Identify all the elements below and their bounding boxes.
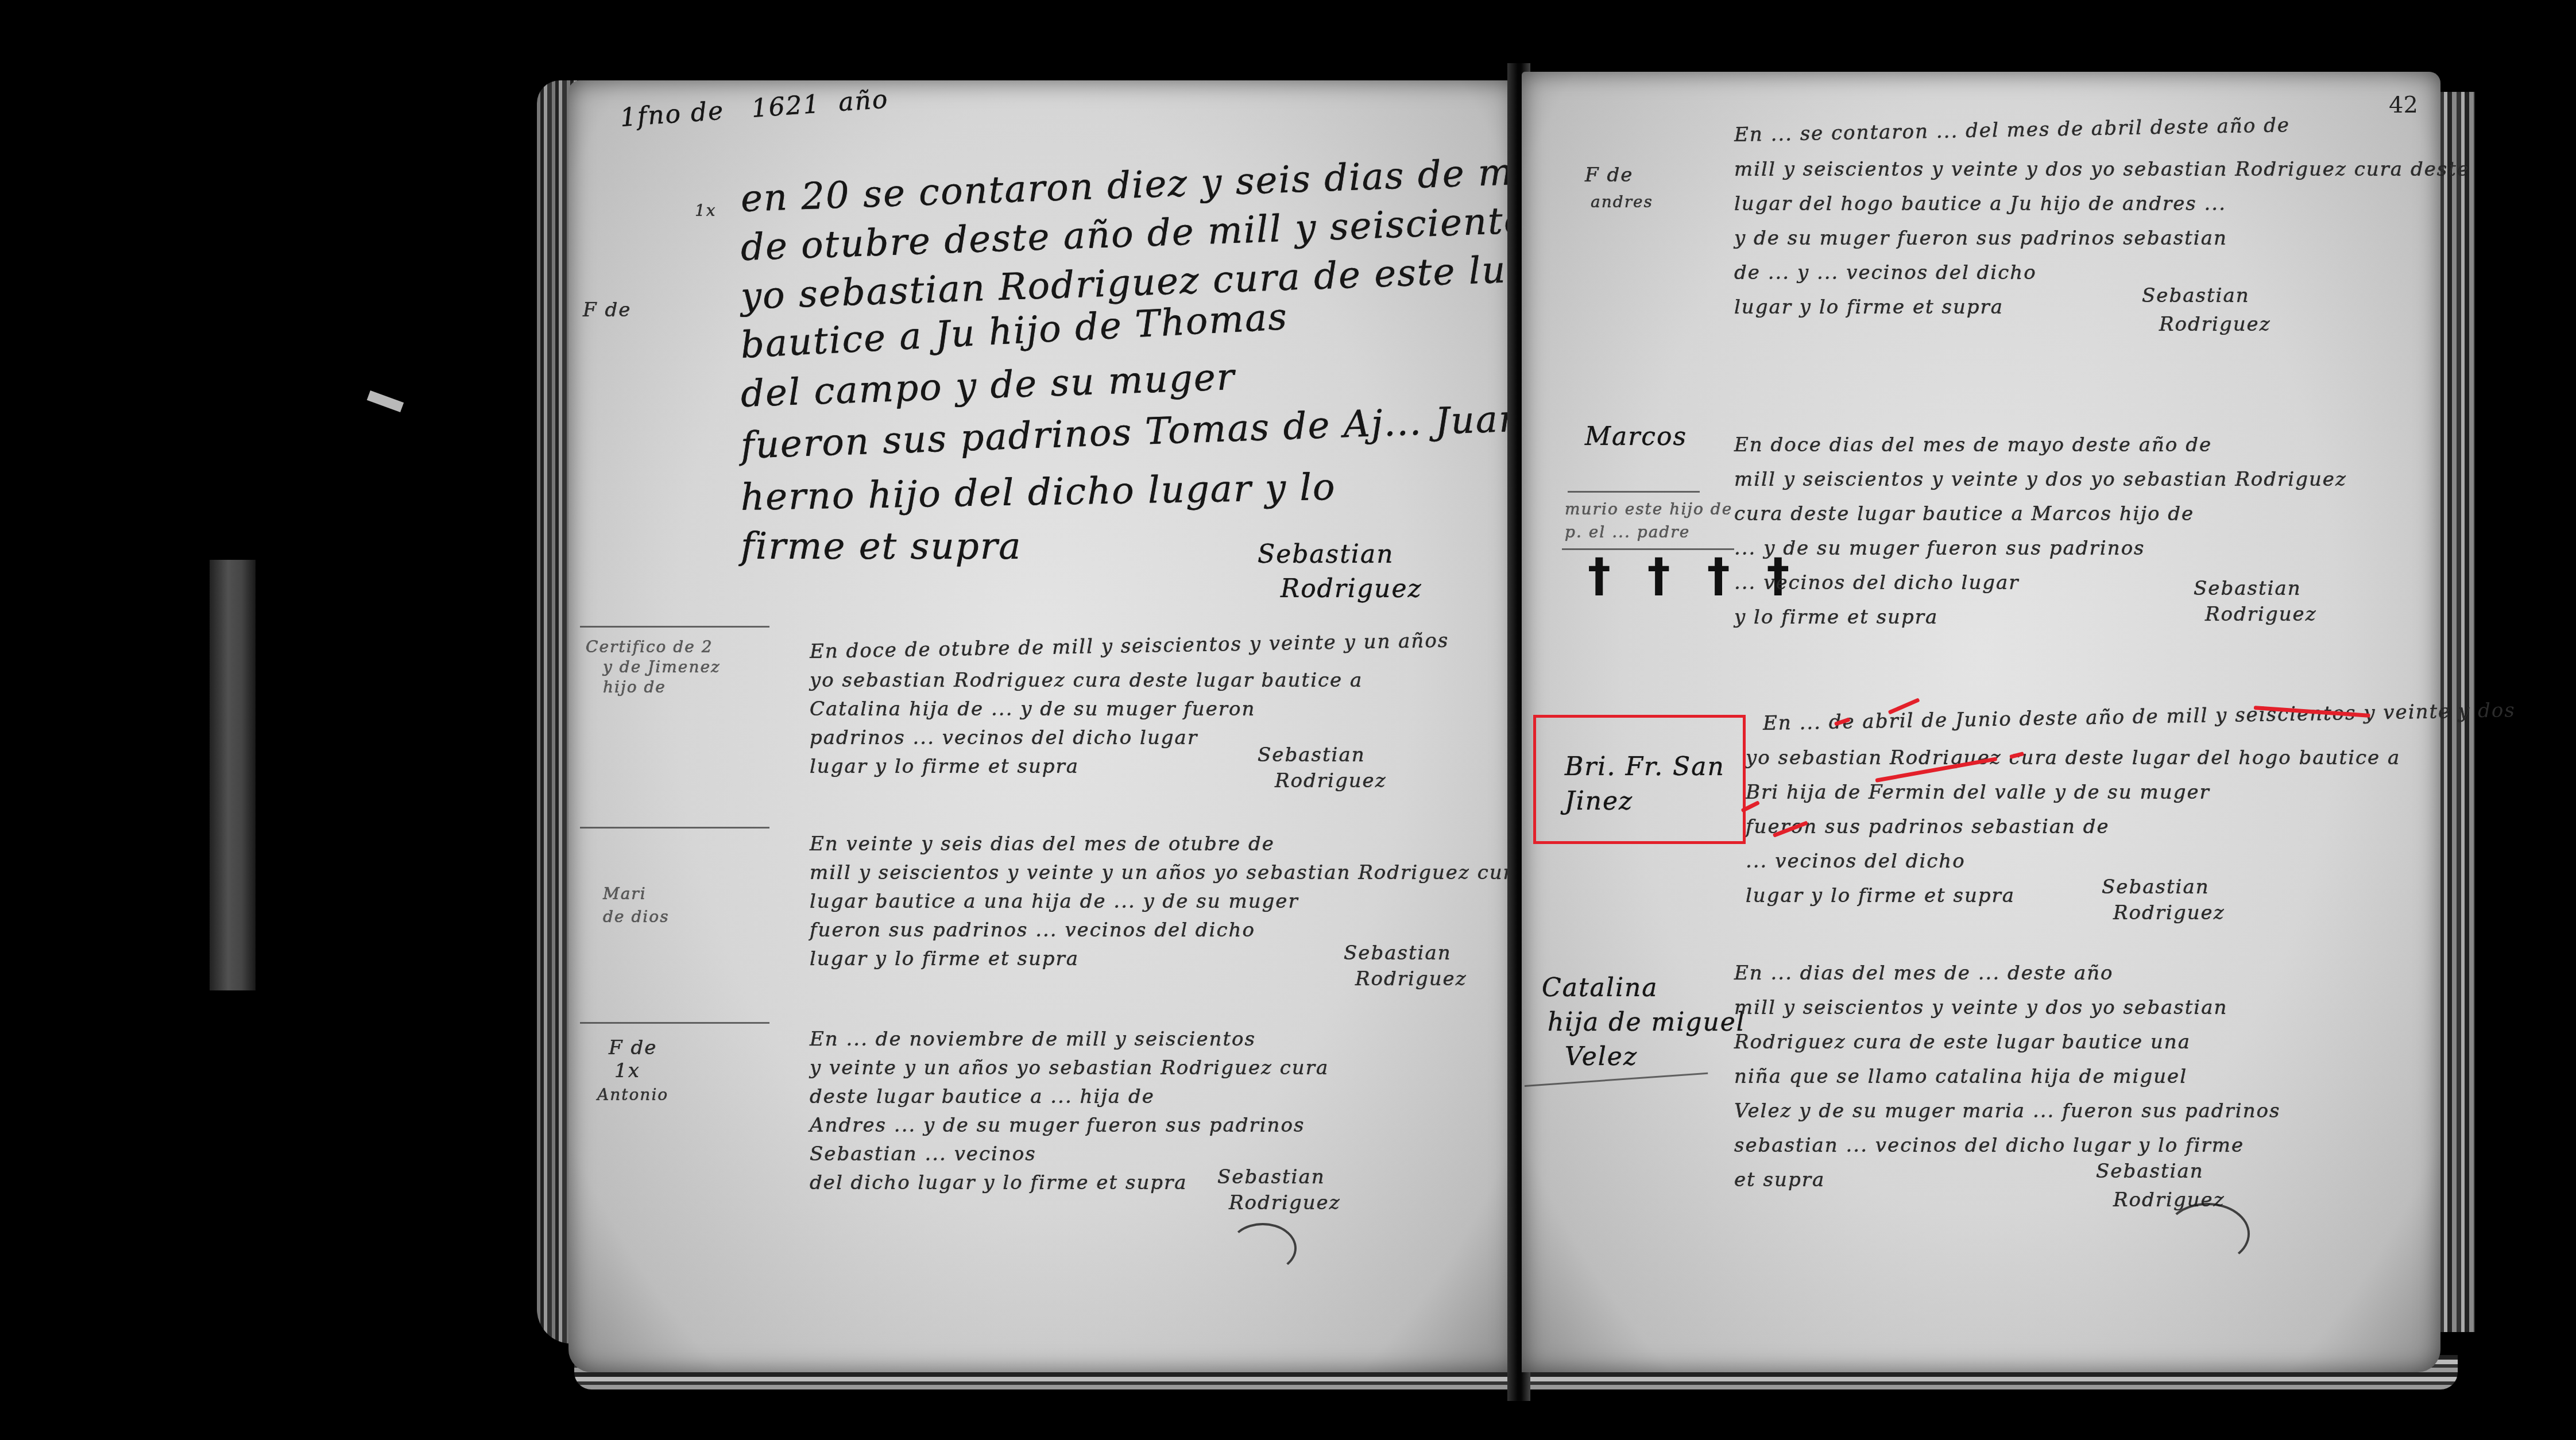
signature: Sebastian: [1258, 540, 1394, 569]
entry-line: En doce dias del mes de mayo deste año d…: [1734, 433, 2212, 456]
entry-line: y veinte y un años yo sebastian Rodrigue…: [810, 1056, 1329, 1079]
entry-line: En veinte y seis dias del mes de otubre …: [810, 833, 1275, 856]
rule: [1568, 491, 1700, 493]
entry-line: firme et supra: [741, 525, 1022, 568]
header-word: 1fno de: [619, 96, 725, 133]
entry-line: En doce de otubre de mill y seiscientos …: [810, 629, 1449, 663]
entry-line: mill y seiscientos y veinte y dos yo seb…: [1734, 158, 2470, 181]
margin-note: Mari: [603, 884, 647, 903]
margin-note: F de: [1585, 164, 1633, 187]
flourish: [1229, 1223, 1297, 1273]
margin-note: Certifico de 2: [586, 637, 713, 656]
signature: Rodriguez: [1281, 574, 1422, 603]
highlight-box: [1533, 715, 1746, 844]
entry-line: yo sebastian Rodriguez cura deste lugar …: [810, 669, 1363, 692]
entry-line: Bri hija de Fermin del valle y de su mug…: [1746, 781, 2210, 804]
entry-line: y lo firme et supra: [1734, 606, 1938, 629]
entry-line: deste lugar bautice a ... hija de: [810, 1085, 1155, 1108]
entry-line: padrinos ... vecinos del dicho lugar: [810, 726, 1198, 749]
entry-line: En ... de abril de Junio deste año de mi…: [1763, 699, 2516, 735]
entry-line: niña que se llamo catalina hija de migue…: [1734, 1065, 2187, 1088]
signature: Sebastian: [2142, 284, 2250, 307]
signature: Sebastian: [2096, 1160, 2204, 1183]
entry-line: ... vecinos del dicho lugar: [1734, 571, 2020, 594]
rule: [1525, 1073, 1708, 1087]
signature: Sebastian: [2102, 876, 2210, 899]
entry-line: herno hijo del dicho lugar y lo: [740, 466, 1336, 519]
entry-line: lugar y lo firme et supra: [810, 755, 1079, 778]
margin-note: Velez: [1565, 1042, 1638, 1071]
rule: [580, 1022, 769, 1024]
entry-line: mill y seiscientos y veinte y un años yo…: [810, 861, 1593, 884]
cloth-strip: [210, 560, 256, 990]
entry-line: ... y de su muger fueron sus padrinos: [1734, 537, 2145, 560]
flourish: [2165, 1203, 2250, 1265]
entry-line: lugar y lo firme et supra: [1734, 296, 2003, 319]
margin-note: 1x: [614, 1059, 640, 1082]
margin-note: Catalina: [1542, 973, 1658, 1002]
entry-line: Andres ... y de su muger fueron sus padr…: [810, 1114, 1305, 1137]
entry-line: sebastian ... vecinos del dicho lugar y …: [1734, 1134, 2244, 1157]
entry-line: ... vecinos del dicho: [1746, 850, 1966, 873]
margin-note: F de: [583, 299, 631, 322]
margin-note: 1x: [695, 201, 717, 220]
entry-line: lugar bautice a una hija de ... y de su …: [810, 890, 1299, 913]
entry-line: del campo y de su muger: [740, 356, 1236, 416]
entry-line: Rodriguez cura de este lugar bautice una: [1734, 1031, 2191, 1054]
entry-line: mill y seiscientos y veinte y dos yo seb…: [1734, 468, 2347, 491]
entry-line: cura deste lugar bautice a Marcos hijo d…: [1734, 502, 2194, 525]
signature: Sebastian: [2194, 577, 2302, 600]
signature: Rodriguez: [1229, 1191, 1341, 1214]
entry-line: Velez y de su muger maria ... fueron sus…: [1734, 1100, 2281, 1122]
margin-note: de dios: [603, 907, 670, 926]
rule: [580, 827, 769, 829]
margin-note: p. el ... padre: [1565, 522, 1690, 541]
entry-line: de ... y ... vecinos del dicho: [1734, 261, 2037, 284]
entry-line: Catalina hija de ... y de su muger fuero…: [810, 698, 1255, 721]
header-year: 1621: [751, 90, 821, 123]
entry-line: En ... se contaron ... del mes de abril …: [1734, 114, 2291, 146]
margin-note: andres: [1591, 192, 1653, 211]
entry-line: mill y seiscientos y veinte y dos yo seb…: [1734, 996, 2227, 1019]
margin-note: hija de miguel: [1548, 1008, 1746, 1037]
signature: Sebastian: [1258, 744, 1366, 767]
signature: Sebastian: [1344, 942, 1452, 965]
rule: [580, 626, 769, 628]
entry-line: et supra: [1734, 1168, 1825, 1191]
header-word: año: [838, 84, 889, 117]
margin-note: Antonio: [597, 1085, 668, 1104]
entry-line: En ... dias del mes de ... deste año: [1734, 962, 2114, 985]
margin-note: F de: [609, 1036, 657, 1059]
left-page: 1fno de 1621 año F de 1x en 20 se contar…: [568, 80, 1516, 1372]
signature: Rodriguez: [2205, 603, 2317, 626]
entry-line: fueron sus padrinos ... vecinos del dich…: [810, 919, 1255, 942]
entry-line: lugar y lo firme et supra: [810, 947, 1079, 970]
margin-note: y de Jimenez: [603, 657, 721, 676]
entry-line: yo sebastian Rodriguez cura deste lugar …: [1746, 746, 2400, 769]
signature: Rodriguez: [2113, 901, 2225, 924]
signature: Rodriguez: [2159, 313, 2271, 336]
entry-line: lugar y lo firme et supra: [1746, 884, 2015, 907]
entry-line: En ... de noviembre de mill y seisciento…: [810, 1028, 1256, 1051]
margin-note: hijo de: [603, 678, 666, 696]
margin-note: Marcos: [1585, 422, 1687, 451]
year-header: 1fno de 1621 año: [619, 84, 889, 133]
entry-line: y de su muger fueron sus padrinos sebast…: [1734, 227, 2227, 250]
signature: Sebastian: [1217, 1166, 1325, 1189]
entry-line: lugar del hogo bautice a Ju hijo de andr…: [1734, 192, 2226, 215]
entry-line: Sebastian ... vecinos: [810, 1143, 1036, 1166]
signature: Rodriguez: [1355, 967, 1467, 990]
page-number: 42: [2389, 92, 2418, 118]
entry-line: del dicho lugar y lo firme et supra: [810, 1171, 1188, 1194]
margin-note: murio este hijo de: [1565, 500, 1732, 518]
signature: Rodriguez: [1275, 769, 1387, 792]
paper-scrap: [367, 390, 404, 412]
